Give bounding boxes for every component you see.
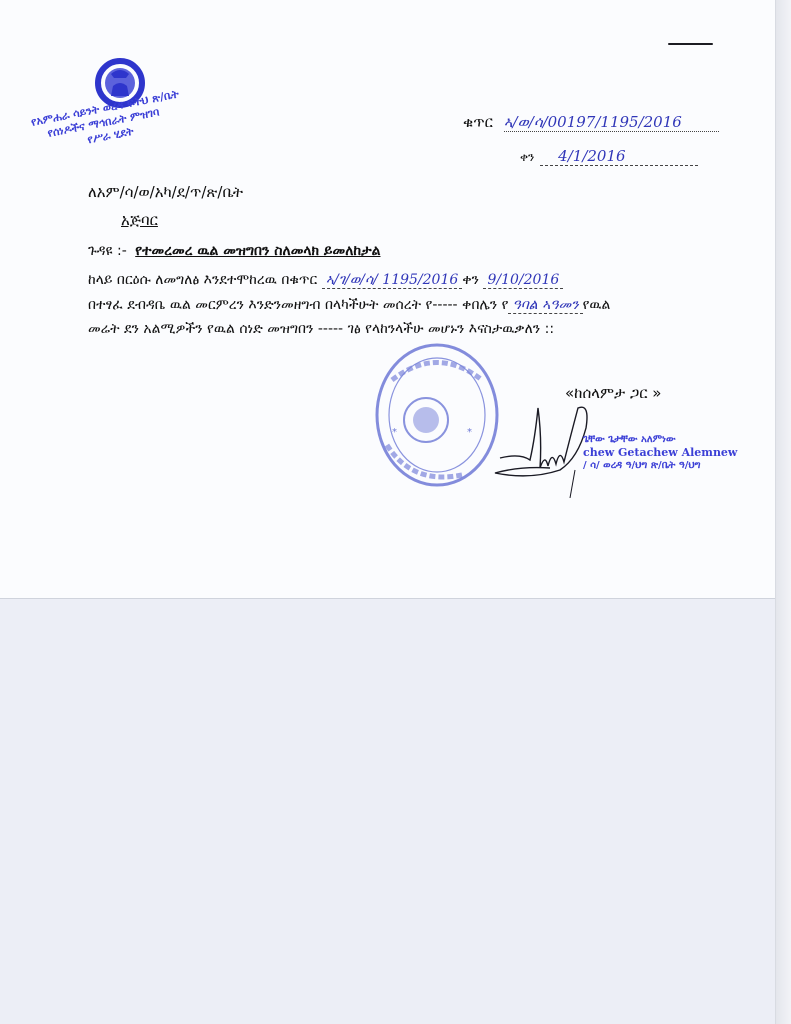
signatory-name-amharic: ጌቸው ጌታቸው አለምነው [583,433,737,446]
subject-text: የተመረመረ ዉል መዝግበን ስለመላክ ይመለከታል [135,243,380,259]
body-line-3: መሬት ደን አልሚዎችን የዉል ሰነድ መዝግበን ----- ገፅ የላከ… [88,321,554,337]
body-date-label: ቀን [462,272,479,288]
svg-text:*: * [467,427,472,438]
body-line-2: በተፃፈ ደብዳቤ ዉል መርምረን እንድንመዘግብ በላካችሁት መሰረት … [88,297,610,314]
date-value: 4/1/2016 [540,147,698,166]
official-stamp: * * [372,340,502,490]
body-line-1-text: ከላይ በርዕሱ ለመግለፅ እንደተሞከረዉ በቁጥር [88,272,317,288]
pen-mark [668,43,713,45]
subject-label: ጉዳዩ :- [88,243,127,259]
reference-value: ኣ/ወ/ሳ/00197/1195/2016 [504,113,719,132]
body-reference: ኣ/ገ/ወ/ሳ/ 1195/2016 [322,272,463,289]
letter-date: ቀን 4/1/2016 [520,147,698,166]
body-line-1: ከላይ በርዕሱ ለመግለፅ እንደተሞከረዉ በቁጥር ኣ/ገ/ወ/ሳ/ 11… [88,272,563,289]
signatory-block: ጌቸው ጌታቸው አለምነው chew Getachew Alemnew / ሳ… [583,433,737,472]
body-date: 9/10/2016 [483,272,563,289]
letterhead-organization: የአምሐራ ሳይንት ወረዳ ፍትህ ጽ/ቤት የሰነዶችና ማኅበራት ምዝገ… [30,66,293,157]
page-edge [775,0,791,1024]
reference-label: ቁጥር [463,113,493,131]
recipient: ለአም/ሳ/ወ/አካ/ደ/ጥ/ጽ/ቤት [88,183,243,201]
signatory-name-english: chew Getachew Alemnew [583,446,737,459]
svg-text:*: * [392,427,397,438]
subject-line: ጉዳዩ :- የተመረመረ ዉል መዝግበን ስለመላክ ይመለከታል [88,243,381,259]
signatory-title: / ሳ/ ወረዳ ዓ/ህግ ጽ/ቤት ዓ/ህግ [583,459,737,472]
body-fill-in: ዓባል ኣዓመን [508,297,582,314]
body-line-2-text: በተፃፈ ደብዳቤ ዉል መርምረን እንድንመዘግብ በላካችሁት መሰረት … [88,297,508,313]
body-line-2-suffix: የዉል [583,297,611,313]
date-label: ቀን [520,150,534,164]
letter-page: የአምሐራ ሳይንት ወረዳ ፍትህ ጽ/ቤት የሰነዶችና ማኅበራት ምዝገ… [0,0,776,599]
underlying-page [0,599,776,1024]
recipient-location: አጅባር [121,211,158,229]
reference-number: ቁጥር ኣ/ወ/ሳ/00197/1195/2016 [463,113,719,132]
